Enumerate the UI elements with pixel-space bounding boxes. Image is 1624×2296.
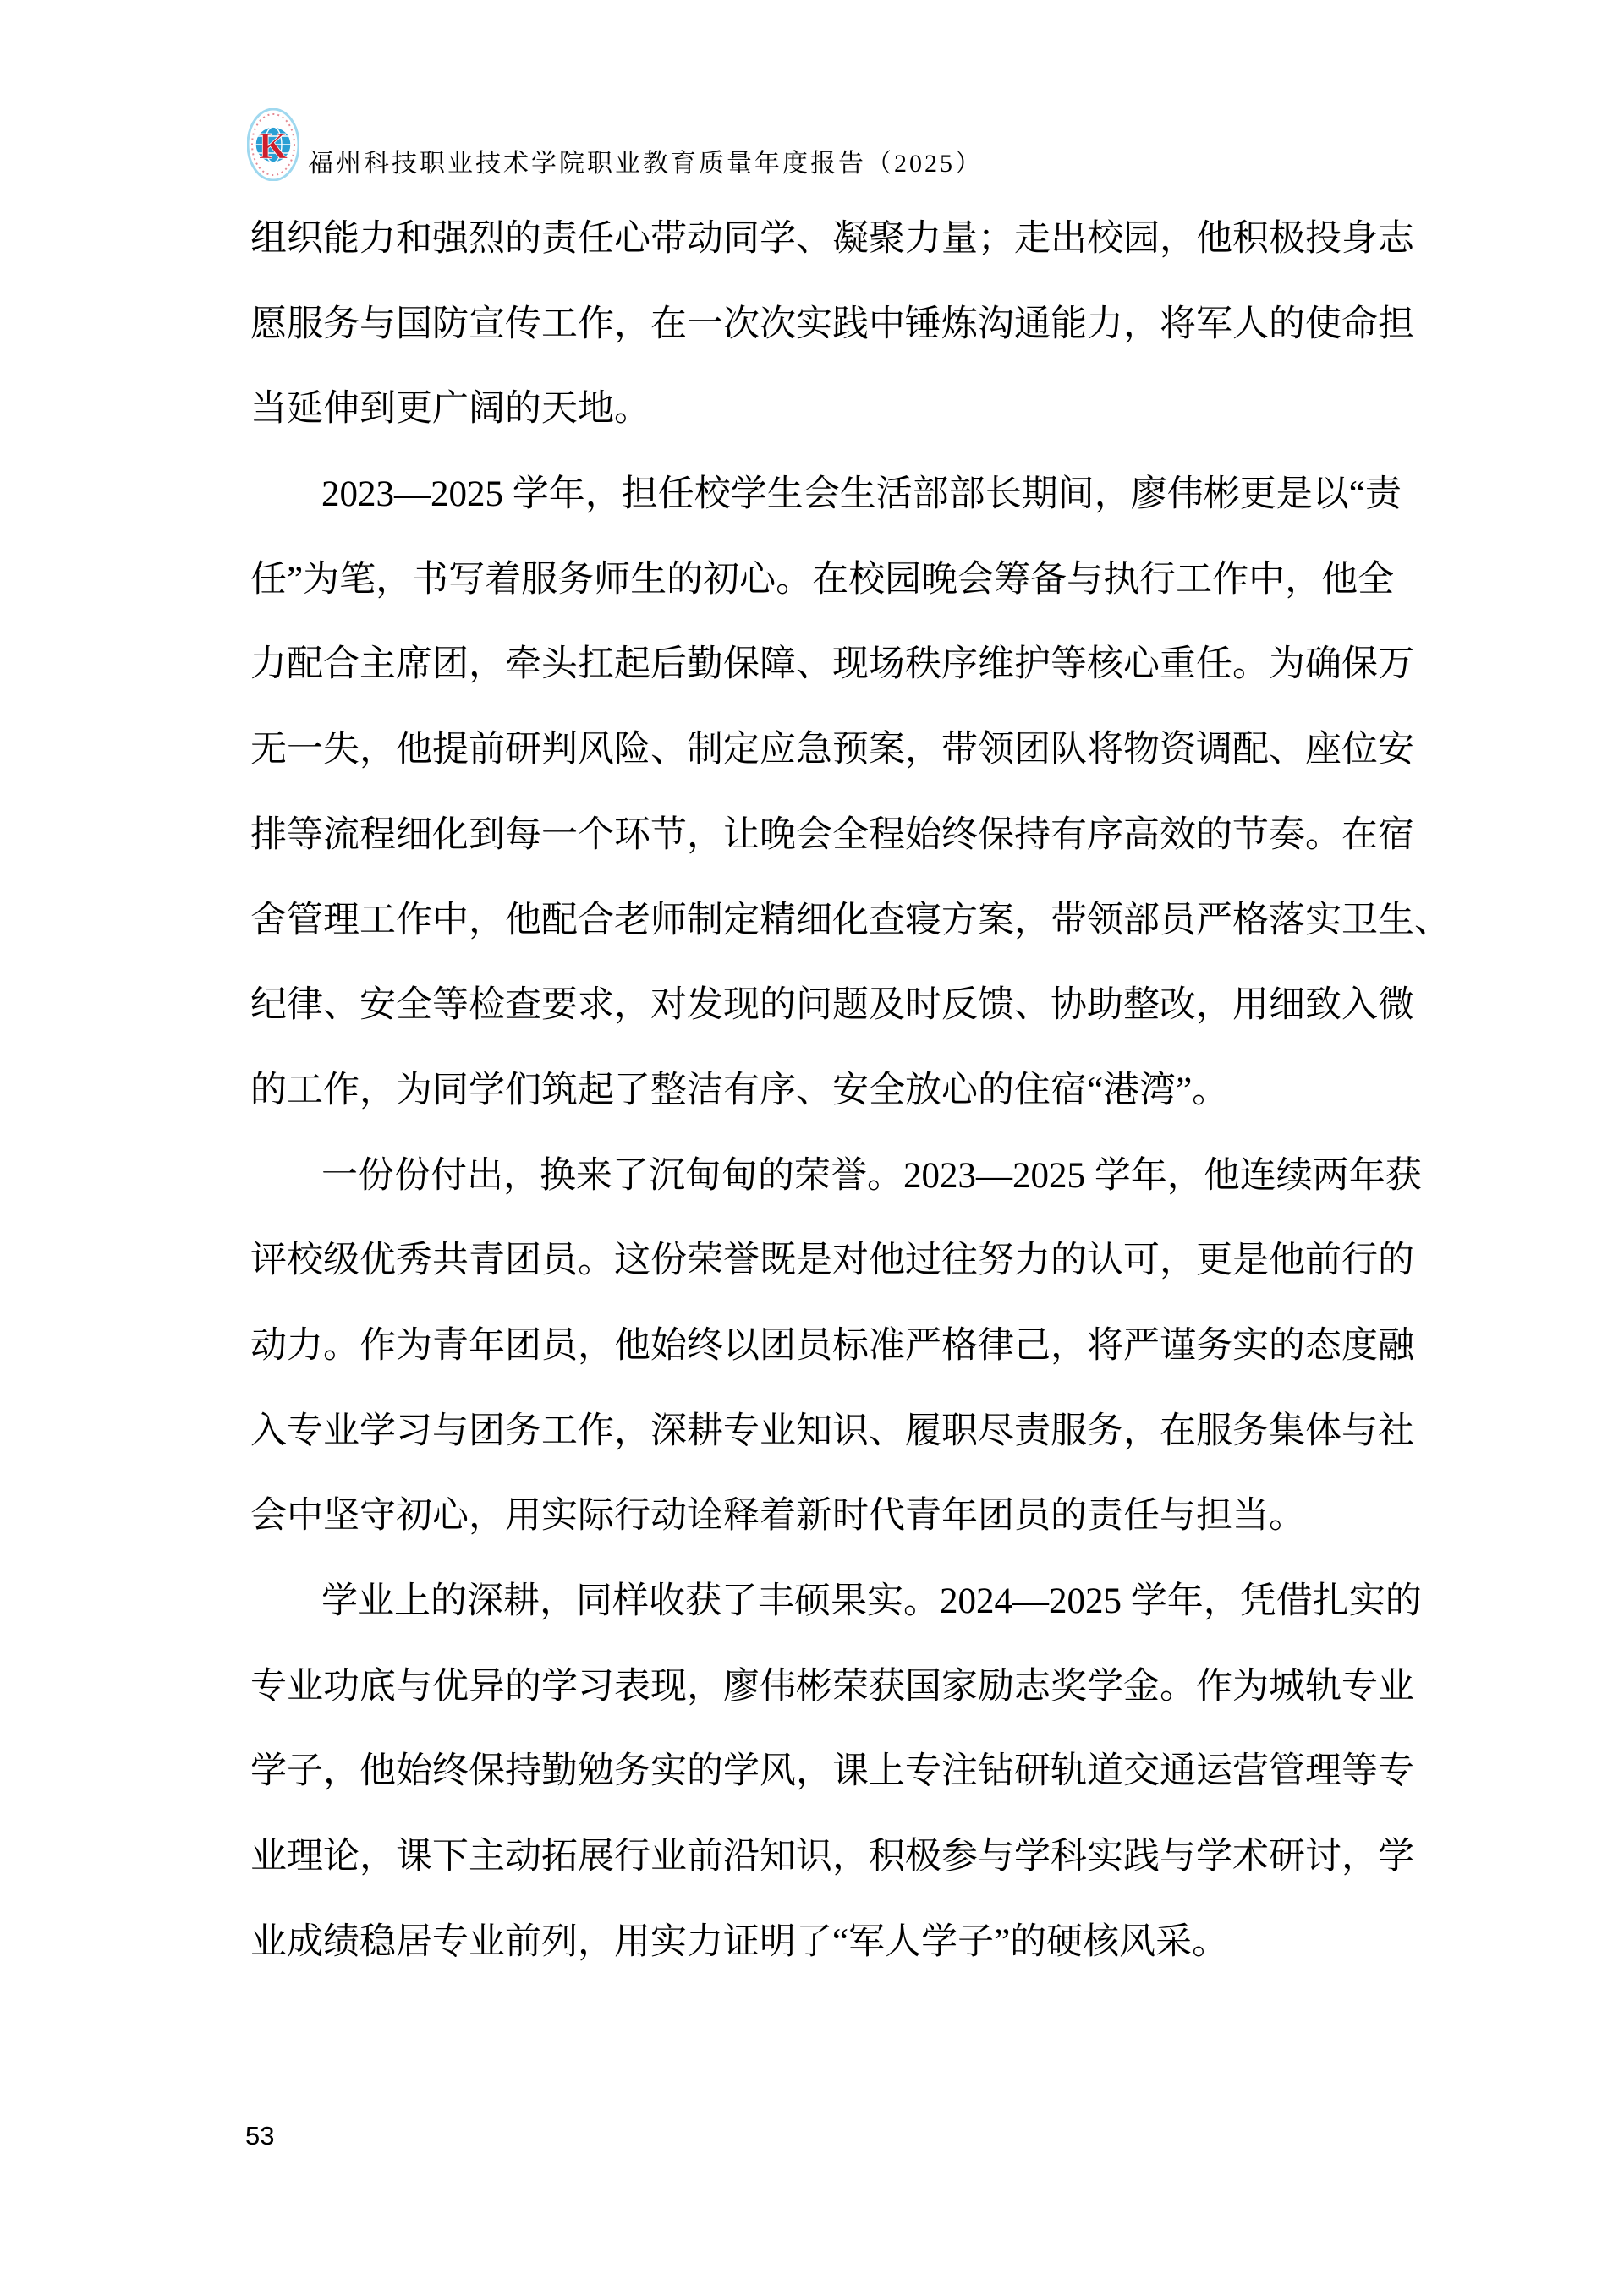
text-line: 力配合主席团，牵头扛起后勤保障、现场秩序维护等核心重任。为确保万 (250, 622, 1384, 708)
page-number: 53 (245, 2121, 274, 2151)
document-page: K 福州科技职业技术学院职业教育质量年度报告（2025） 组织能力和强烈的责任心… (0, 0, 1624, 2296)
text-line: 舍管理工作中，他配合老师制定精细化查寝方案，带领部员严格落实卫生、 (250, 879, 1384, 964)
text-line: 当延伸到更广阔的天地。 (250, 367, 1384, 452)
report-header-title: 福州科技职业技术学院职业教育质量年度报告（2025） (308, 150, 983, 181)
text-line: 排等流程细化到每一个环节，让晚会全程始终保持有序高效的节奏。在宿 (250, 793, 1384, 879)
text-line: 会中坚守初心，用实际行动诠释着新时代青年团员的责任与担当。 (250, 1474, 1384, 1559)
text-line: 纪律、安全等检查要求，对发现的问题及时反馈、协助整改，用细致入微 (250, 963, 1384, 1049)
text-line: 动力。作为青年团员，他始终以团员标准严格律己，将严谨务实的态度融 (250, 1304, 1384, 1389)
text-line: 组织能力和强烈的责任心带动同学、凝聚力量；走出校园，他积极投身志 (250, 197, 1384, 282)
text-line: 愿服务与国防宣传工作，在一次次实践中锤炼沟通能力，将军人的使命担 (250, 282, 1384, 368)
logo-letter: K (259, 125, 288, 167)
text-line: 业理论，课下主动拓展行业前沿知识，积极参与学科实践与学术研讨，学 (250, 1815, 1384, 1900)
text-line: 专业功底与优异的学习表现，廖伟彬荣获国家励志奖学金。作为城轨专业 (250, 1645, 1384, 1730)
body-text: 组织能力和强烈的责任心带动同学、凝聚力量；走出校园，他积极投身志 愿服务与国防宣… (250, 197, 1384, 1985)
text-line: 2023—2025 学年，担任校学生会生活部部长期间，廖伟彬更是以“责 (250, 452, 1384, 538)
text-line: 无一失，他提前研判风险、制定应急预案，带领团队将物资调配、座位安 (250, 708, 1384, 793)
text-line: 学子，他始终保持勤勉务实的学风，课上专注钻研轨道交通运营管理等专 (250, 1729, 1384, 1815)
text-line: 的工作，为同学们筑起了整洁有序、安全放心的住宿“港湾”。 (250, 1049, 1384, 1134)
school-logo-icon: K (247, 108, 299, 181)
text-line: 评校级优秀共青团员。这份荣誉既是对他过往努力的认可，更是他前行的 (250, 1219, 1384, 1304)
text-line: 入专业学习与团务工作，深耕专业知识、履职尽责服务，在服务集体与社 (250, 1389, 1384, 1475)
text-line: 任”为笔，书写着服务师生的初心。在校园晚会筹备与执行工作中，他全 (250, 538, 1384, 623)
text-line: 一份份付出，换来了沉甸甸的荣誉。2023—2025 学年，他连续两年获 (250, 1134, 1384, 1219)
page-header: K 福州科技职业技术学院职业教育质量年度报告（2025） (247, 108, 983, 181)
text-line: 学业上的深耕，同样收获了丰硕果实。2024—2025 学年，凭借扎实的 (250, 1559, 1384, 1645)
text-line: 业成绩稳居专业前列，用实力证明了“军人学子”的硬核风采。 (250, 1900, 1384, 1986)
